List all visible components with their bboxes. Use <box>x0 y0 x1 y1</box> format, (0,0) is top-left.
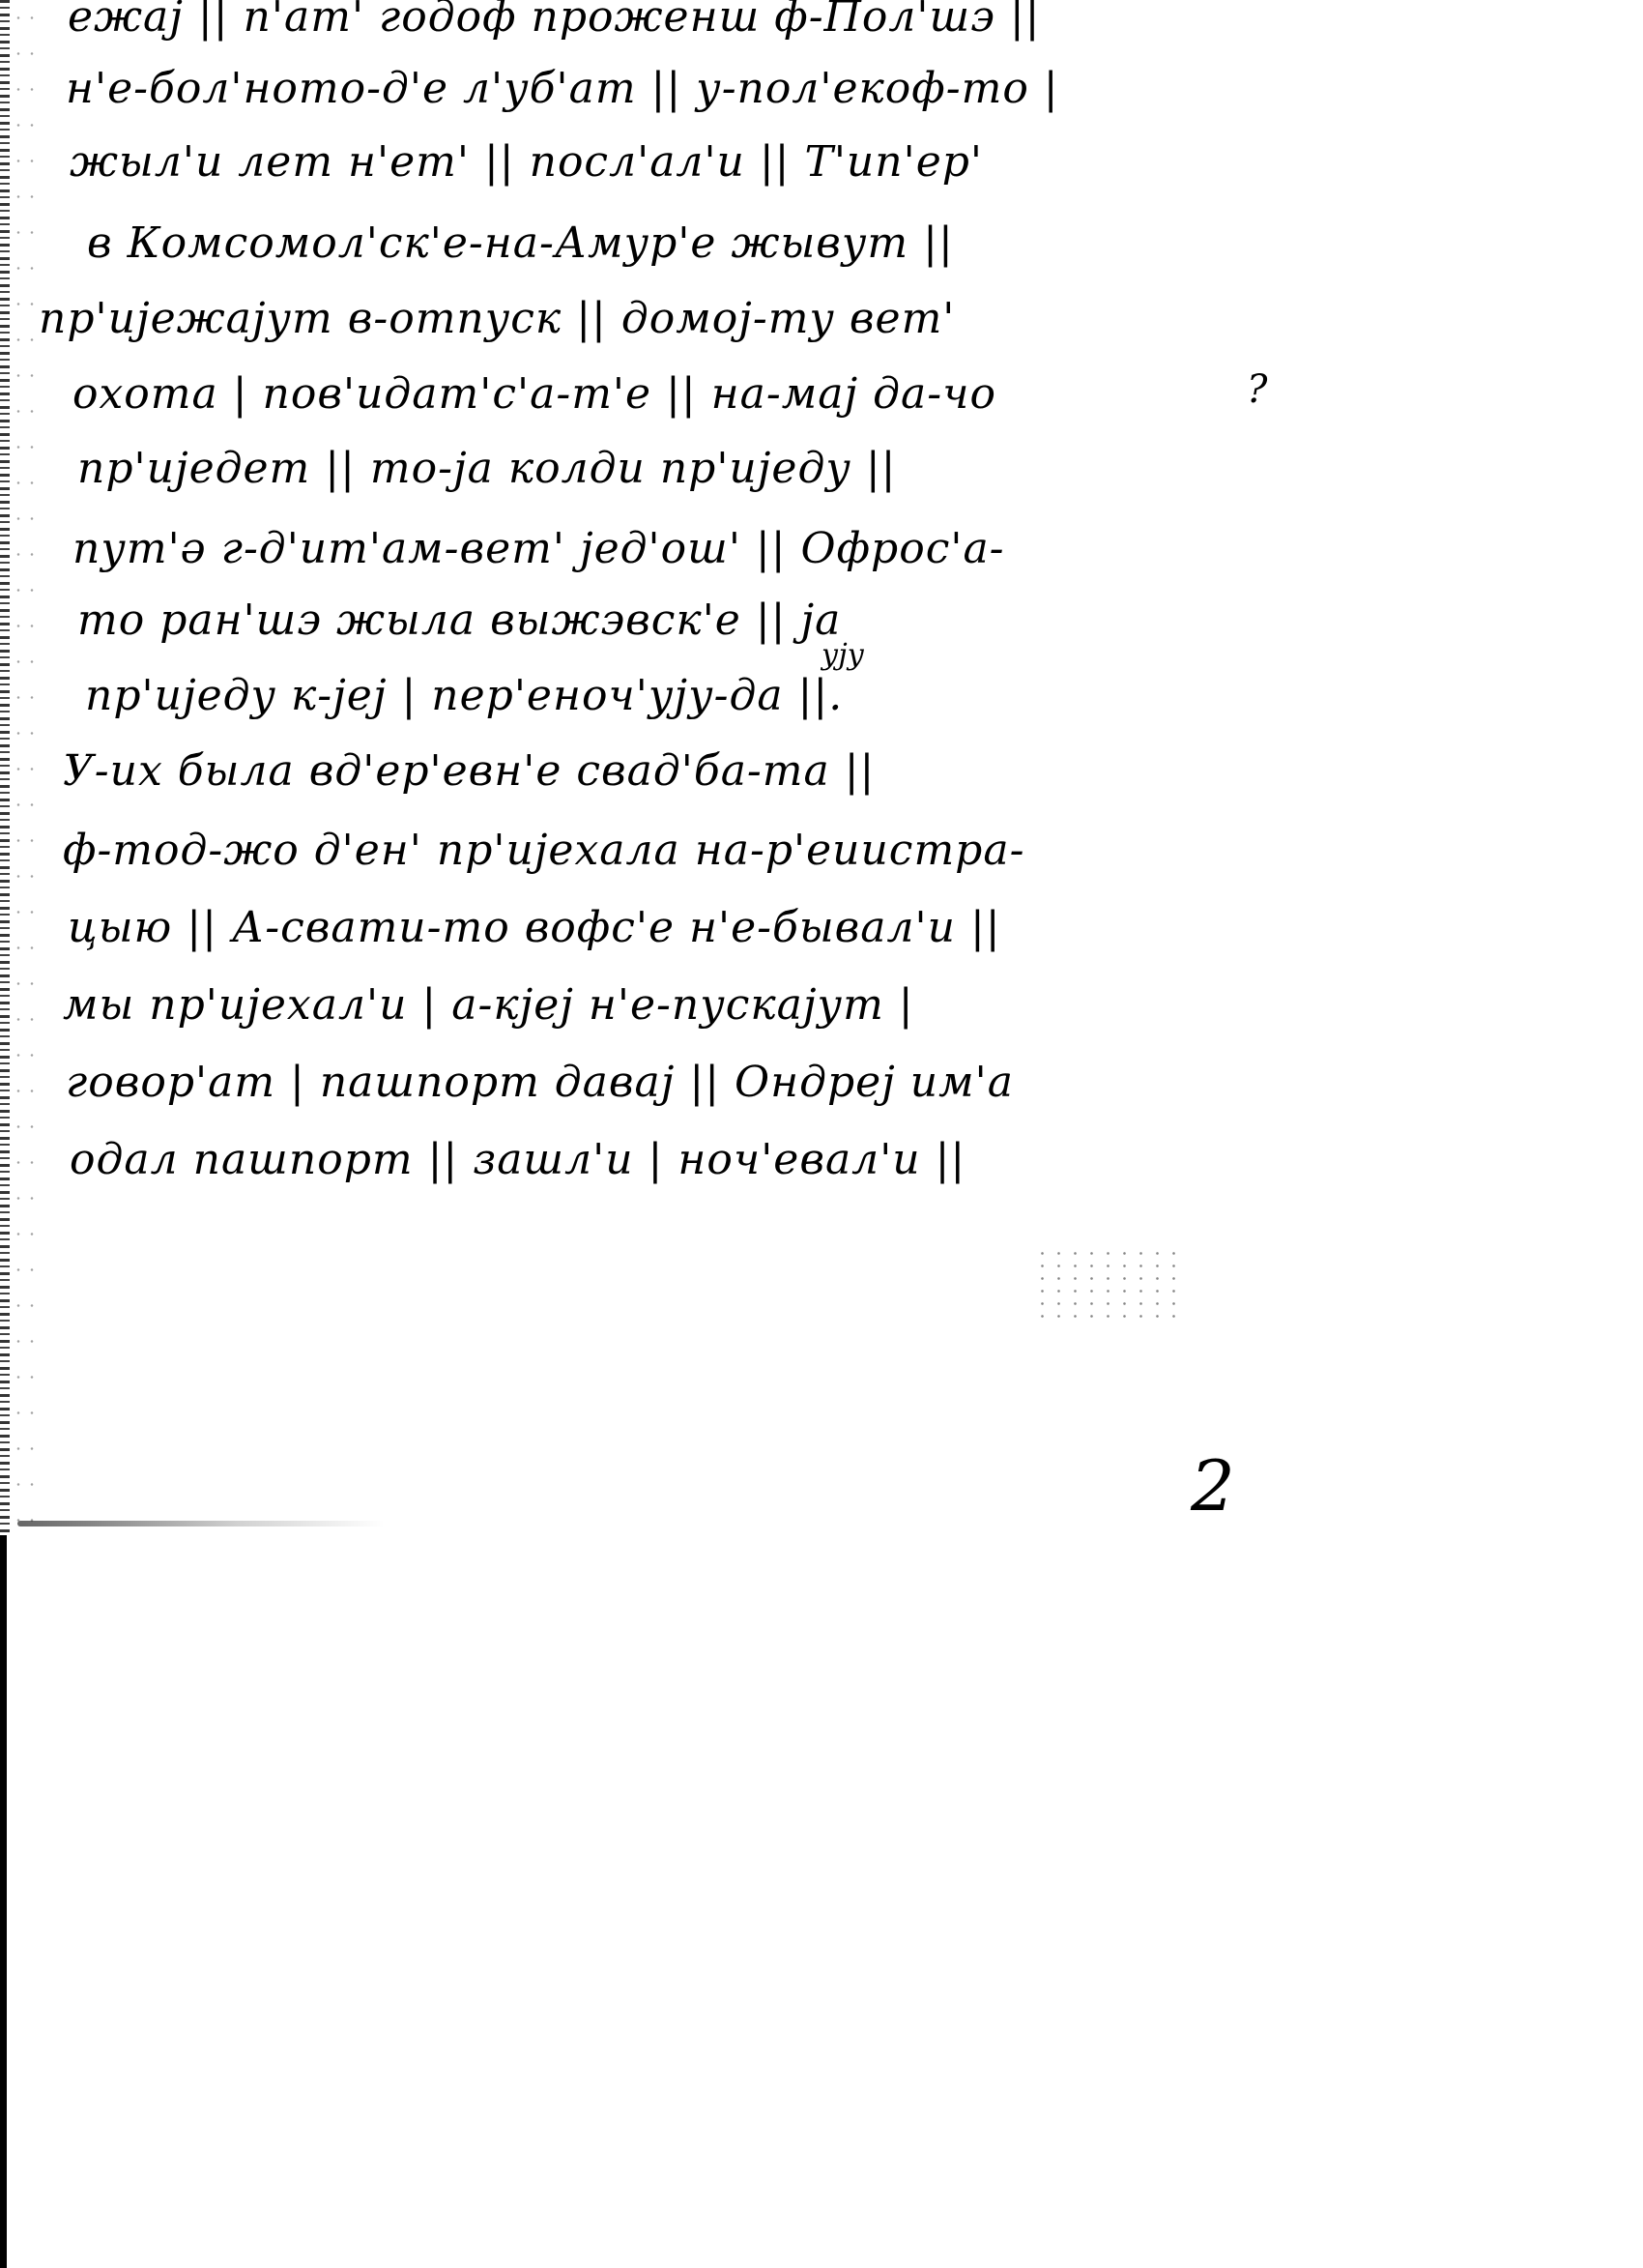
text-line-6: охота | пов'идат'с'а-т'е || на-мај да-чо <box>72 365 996 423</box>
text-line-3: жыл'и лет н'ет' || посл'ал'и || Т'ип'ер' <box>70 133 983 191</box>
page-number: 2 <box>1191 1445 1235 1527</box>
margin-question-mark: ? <box>1247 367 1267 412</box>
text-line-1: ежај || п'ат' годоф проженш ф-Пол'шэ || <box>68 0 1040 46</box>
text-line-4: в Комсомол'ск'е-на-Амур'е жывут || <box>87 215 954 273</box>
text-line-7: пр'иjедет || то-ја колди пр'иjеду || <box>77 440 897 498</box>
text-line-9: то ран'шэ жыла выжэвск'е || ја <box>77 592 841 650</box>
scan-noise-left <box>12 0 41 1527</box>
scan-left-edge <box>0 0 10 1532</box>
text-line-13: цыю || А-свати-то вофс'е н'е-бывал'и || <box>68 899 1001 957</box>
text-line-5: пр'иjежајут в-отпуск || домој-ту вет' <box>39 290 955 348</box>
text-line-8: пут'ә г-д'ит'ам-вет' јед'ош' || Офрос'а- <box>72 520 1005 578</box>
text-line-16: одал пашпорт || зашл'и | ноч'евал'и || <box>70 1131 966 1189</box>
text-line-14: мы пр'иjехал'и | а-кjеj н'е-пускајут | <box>63 976 914 1034</box>
text-line-10: пр'иjеду к-jеj | пер'еноч'ују-да ||. <box>85 667 843 725</box>
superscript-correction: ују <box>821 638 864 672</box>
text-line-11: У-их была вд'ер'евн'е свад'ба-та || <box>63 742 875 800</box>
scan-left-edge-solid <box>0 1535 7 2268</box>
text-line-15: говор'ат | пашпорт давај || Ондреј им'а <box>66 1054 1014 1112</box>
text-line-12: ф-тод-жо д'ен' пр'иjехала на-р'еиистра- <box>63 822 1024 880</box>
scan-edge-smudge <box>17 1521 385 1527</box>
text-line-2: н'е-бол'ното-д'е л'уб'ат || у-пол'екоф-т… <box>66 60 1059 118</box>
scan-speckles <box>1034 1247 1189 1324</box>
scanned-page: ежај || п'ат' годоф проженш ф-Пол'шэ || … <box>0 0 1643 2268</box>
